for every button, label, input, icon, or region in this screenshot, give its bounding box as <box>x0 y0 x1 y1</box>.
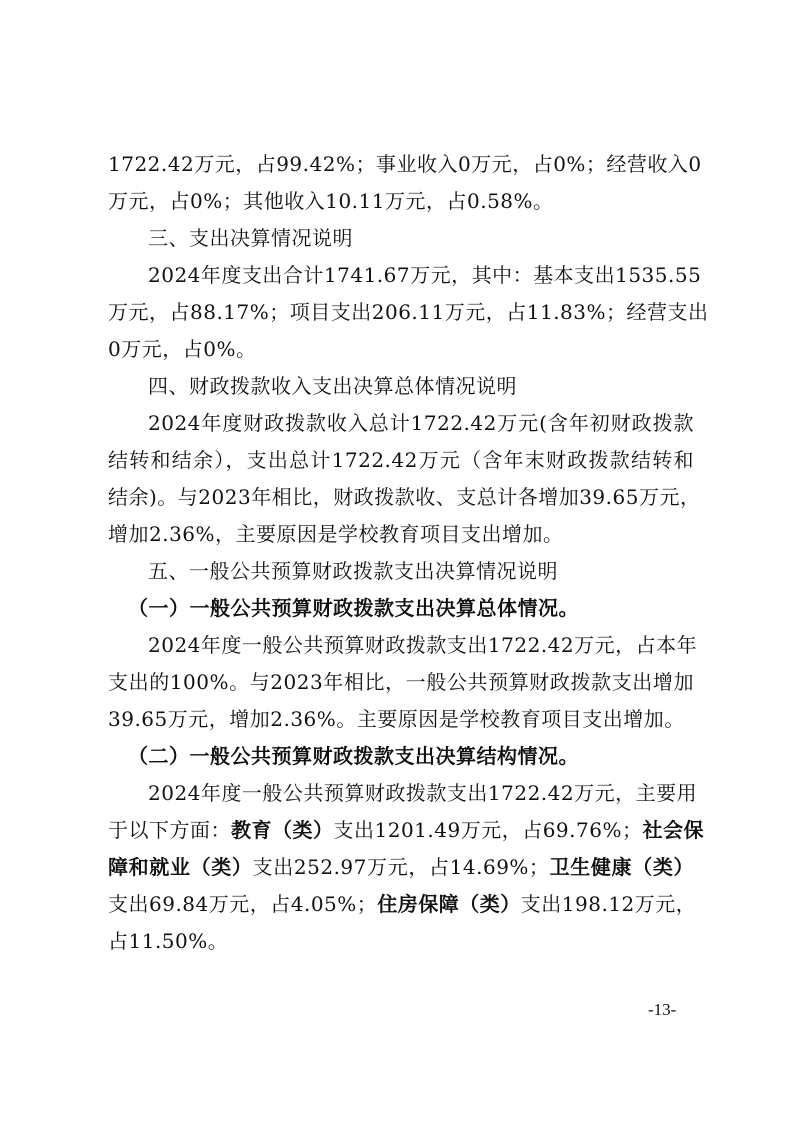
subsection-2-heading: （二）一般公共预算财政拨款支出决算结构情况。 <box>128 741 714 771</box>
structure-line-5: 占11.50%。 <box>108 926 694 956</box>
document-page: 1722.42万元，占99.42%；事业收入0万元，占0%；经营收入0 万元，占… <box>0 0 793 1122</box>
section-3-heading: 三、支出决算情况说明 <box>148 223 694 253</box>
fiscal-line-4: 增加2.36%，主要原因是学校教育项目支出增加。 <box>108 519 694 549</box>
fiscal-line-2: 结转和结余），支出总计1722.42万元（含年末财政拨款结转和 <box>108 445 694 475</box>
general-line-3: 39.65万元，增加2.36%。主要原因是学校教育项目支出增加。 <box>108 704 694 734</box>
section-5-heading: 五、一般公共预算财政拨款支出决算情况说明 <box>148 556 694 586</box>
category-education: 教育（类） <box>231 818 334 842</box>
structure-line-1: 2024年度一般公共预算财政拨款支出1722.42万元，主要用 <box>148 778 694 808</box>
income-line-1: 1722.42万元，占99.42%；事业收入0万元，占0%；经营收入0 <box>108 149 694 179</box>
text: 于以下方面： <box>108 818 231 842</box>
subsection-1-heading: （一）一般公共预算财政拨款支出决算总体情况。 <box>128 593 714 623</box>
category-housing: 住房保障（类） <box>377 892 521 916</box>
category-health: 卫生健康（类） <box>549 855 694 879</box>
expense-line-2: 万元，占88.17%；项目支出206.11万元，占11.83%；经营支出 <box>108 297 694 327</box>
structure-line-3: 障和就业（类）支出252.97万元，占14.69%；卫生健康（类） <box>108 852 694 882</box>
structure-line-4: 支出69.84万元，占4.05%；住房保障（类）支出198.12万元， <box>108 889 694 919</box>
fiscal-line-1: 2024年度财政拨款收入总计1722.42万元(含年初财政拨款 <box>148 408 694 438</box>
expense-line-3: 0万元，占0%。 <box>108 334 694 364</box>
structure-line-2: 于以下方面：教育（类）支出1201.49万元，占69.76%；社会保 <box>108 815 694 845</box>
text: 支出69.84万元，占4.05%； <box>108 892 377 916</box>
section-4-heading: 四、财政拨款收入支出决算总体情况说明 <box>148 371 694 401</box>
general-line-1: 2024年度一般公共预算财政拨款支出1722.42万元，占本年 <box>148 630 694 660</box>
category-social-security-start: 社会保 <box>642 818 704 842</box>
income-line-2: 万元，占0%；其他收入10.11万元，占0.58%。 <box>108 186 694 216</box>
general-line-2: 支出的100%。与2023年相比，一般公共预算财政拨款支出增加 <box>108 667 694 697</box>
category-social-security-end: 障和就业（类） <box>108 855 253 879</box>
text: 支出252.97万元，占14.69%； <box>253 855 550 879</box>
text: 支出1201.49万元，占69.76%； <box>334 818 643 842</box>
fiscal-line-3: 结余)。与2023年相比，财政拨款收、支总计各增加39.65万元， <box>108 482 694 512</box>
text: 支出198.12万元， <box>521 892 696 916</box>
page-number: -13- <box>648 1000 676 1020</box>
expense-line-1: 2024年度支出合计1741.67万元，其中：基本支出1535.55 <box>148 260 694 290</box>
